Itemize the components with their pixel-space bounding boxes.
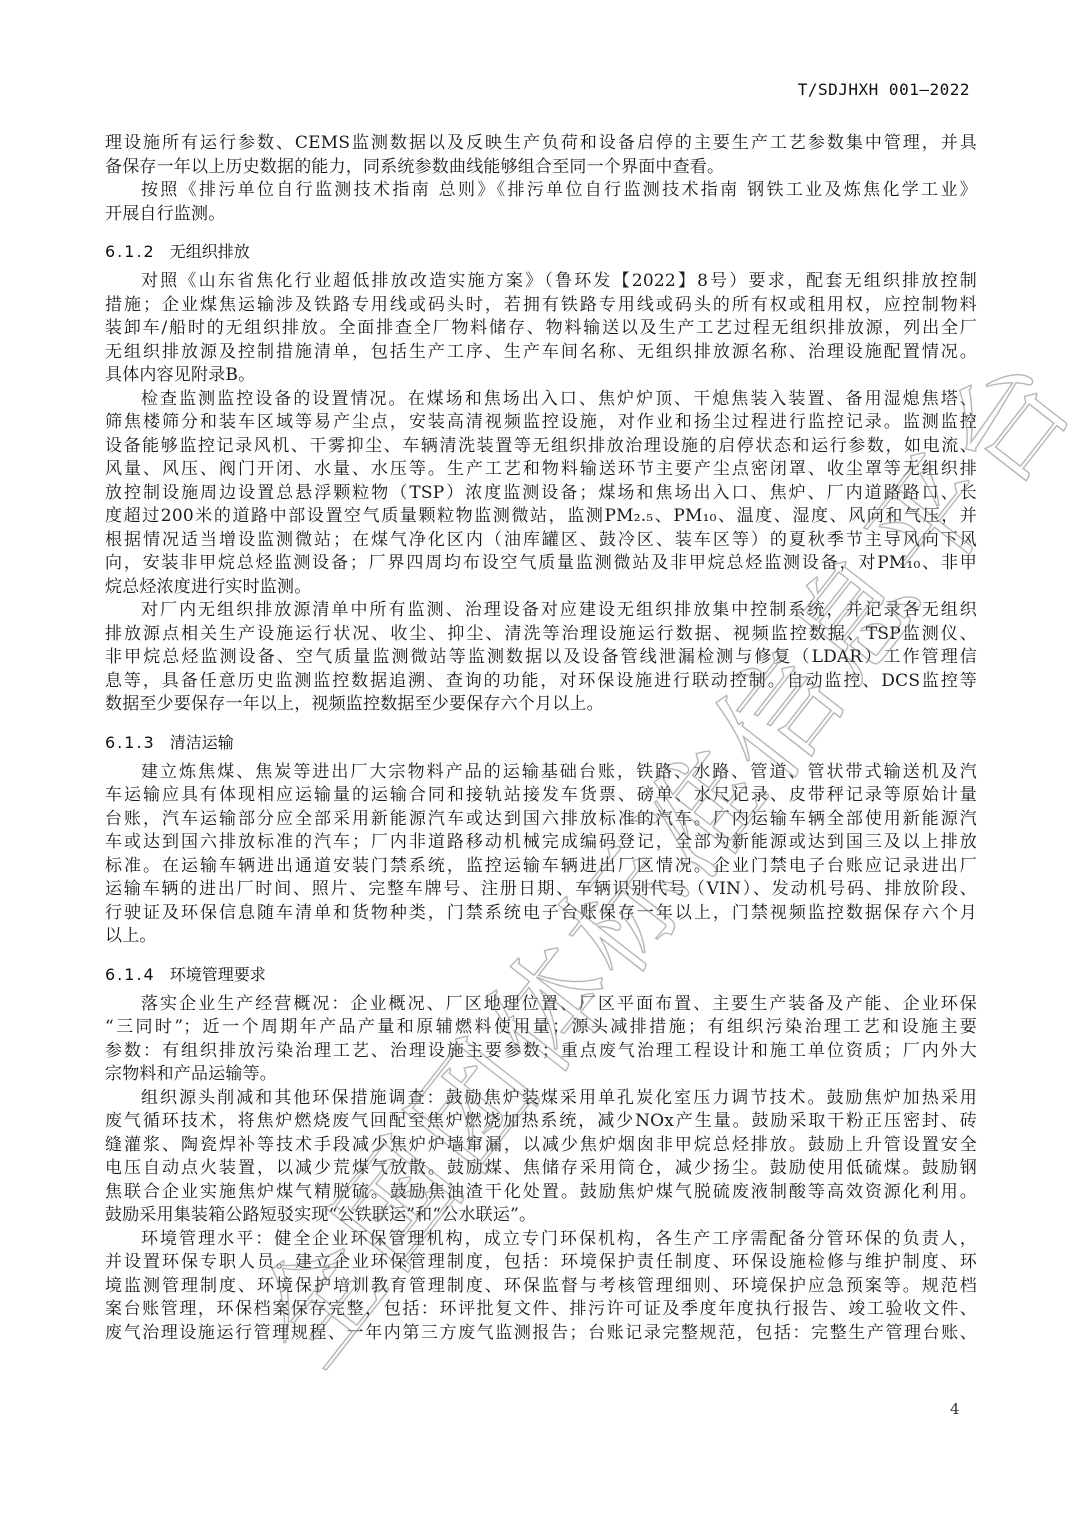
text-line: 根据情况适当增设监测微站；在煤气净化区内（油库罐区、鼓冷区、装车区等）的夏秋季节… <box>105 529 977 553</box>
text-line: 筛焦楼筛分和装车区域等易产尘点，安装高清视频监控设施，对作业和扬尘过程进行监控记… <box>105 411 977 435</box>
text-line: 环境管理水平：健全企业环保管理机构，成立专门环保机构，各生产工序需配备分管环保的… <box>105 1228 977 1252</box>
text-line: 具体内容见附录B。 <box>105 364 977 388</box>
section-title: 无组织排放 <box>170 242 250 261</box>
text-line: 备保存一年以上历史数据的能力，同系统参数曲线能够组合至同一个界面中查看。 <box>105 156 977 180</box>
document-body: 理设施所有运行参数、CEMS监测数据以及反映生产负荷和设备启停的主要生产工艺参数… <box>105 132 977 1345</box>
text-line: 鼓励采用集装箱公路短驳实现“公铁联运”和“公水联运”。 <box>105 1204 977 1228</box>
text-line: 无组织排放源及控制措施清单，包括生产工序、生产车间名称、无组织排放源名称、治理设… <box>105 341 977 365</box>
text-line: 开展自行监测。 <box>105 203 977 227</box>
paragraph: 组织源头削减和其他环保措施调查：鼓励焦炉装煤采用单孔炭化室压力调节技术。鼓励焦炉… <box>105 1087 977 1228</box>
section-number: 6.1.4 <box>105 965 156 984</box>
text-line: 烷总烃浓度进行实时监测。 <box>105 576 977 600</box>
paragraph: 对照《山东省焦化行业超低排放改造实施方案》（鲁环发【2022】8号）要求，配套无… <box>105 270 977 388</box>
text-line: 对厂内无组织排放源清单中所有监测、治理设备对应建设无组织排放集中控制系统，并记录… <box>105 599 977 623</box>
text-line: 运输车辆的进出厂时间、照片、完整车牌号、注册日期、车辆识别代号（VIN）、发动机… <box>105 878 977 902</box>
text-line: 台账，汽车运输部分应全部采用新能源汽车或达到国六排放标准的汽车。厂内运输车辆全部… <box>105 808 977 832</box>
section-heading: 6.1.2无组织排放 <box>105 238 977 266</box>
text-line: 焦联合企业实施焦炉煤气精脱硫。鼓励焦油渣干化处置。鼓励焦炉煤气脱硫废液制酸等高效… <box>105 1181 977 1205</box>
section-heading: 6.1.3清洁运输 <box>105 729 977 757</box>
paragraph: 落实企业生产经营概况：企业概况、厂区地理位置、厂区平面布置、主要生产装备及产能、… <box>105 993 977 1087</box>
text-line: 放控制设施周边设置总悬浮颗粒物（TSP）浓度监测设备；煤场和焦场出入口、焦炉、厂… <box>105 482 977 506</box>
text-line: 缝灌浆、陶瓷焊补等技术手段减少焦炉炉墙窜漏，以减少焦炉烟囱非甲烷总烃排放。鼓励上… <box>105 1134 977 1158</box>
text-line: 息等，具备任意历史监测监控数据追溯、查询的功能，对环保设施进行联动控制。自动监控… <box>105 670 977 694</box>
document-page: T/SDJHXH 001—2022 理设施所有运行参数、CEMS监测数据以及反映… <box>0 0 1080 1527</box>
text-line: “三同时”；近一个周期年产品产量和原辅燃料使用量；源头减排措施；有组织污染治理工… <box>105 1016 977 1040</box>
text-line: 落实企业生产经营概况：企业概况、厂区地理位置、厂区平面布置、主要生产装备及产能、… <box>105 993 977 1017</box>
text-line: 行驶证及环保信息随车清单和货物种类，门禁系统电子台账保存一年以上，门禁视频监控数… <box>105 902 977 926</box>
section-heading: 6.1.4环境管理要求 <box>105 961 977 989</box>
text-line: 案台账管理，环保档案保存完整，包括：环评批复文件、排污许可证及季度年度执行报告、… <box>105 1298 977 1322</box>
text-line: 排放源点相关生产设施运行状况、收尘、抑尘、清洗等治理设施运行数据、视频监控数据、… <box>105 623 977 647</box>
text-line: 以上。 <box>105 925 977 949</box>
text-line: 电压自动点火装置，以减少荒煤气放散。鼓励煤、焦储存采用筒仓，减少扬尘。鼓励使用低… <box>105 1157 977 1181</box>
text-line: 标准。在运输车辆进出通道安装门禁系统，监控运输车辆进出厂区情况。企业门禁电子台账… <box>105 855 977 879</box>
text-line: 建立炼焦煤、焦炭等进出厂大宗物料产品的运输基础台账，铁路、水路、管道、管状带式输… <box>105 761 977 785</box>
text-line: 废气治理设施运行管理规程、一年内第三方废气监测报告；台账记录完整规范，包括：完整… <box>105 1322 977 1346</box>
text-line: 风量、风压、阀门开闭、水量、水压等。生产工艺和物料输送环节主要产尘点密闭罩、收尘… <box>105 458 977 482</box>
paragraph: 对厂内无组织排放源清单中所有监测、治理设备对应建设无组织排放集中控制系统，并记录… <box>105 599 977 717</box>
paragraph: 建立炼焦煤、焦炭等进出厂大宗物料产品的运输基础台账，铁路、水路、管道、管状带式输… <box>105 761 977 949</box>
document-code-header: T/SDJHXH 001—2022 <box>798 80 970 99</box>
page-number: 4 <box>950 1400 960 1418</box>
paragraph: 理设施所有运行参数、CEMS监测数据以及反映生产负荷和设备启停的主要生产工艺参数… <box>105 132 977 179</box>
text-line: 组织源头削减和其他环保措施调查：鼓励焦炉装煤采用单孔炭化室压力调节技术。鼓励焦炉… <box>105 1087 977 1111</box>
text-line: 宗物料和产品运输等。 <box>105 1063 977 1087</box>
section-title: 环境管理要求 <box>170 965 266 984</box>
text-line: 境监测管理制度、环境保护培训教育管理制度、环保监督与考核管理细则、环境保护应急预… <box>105 1275 977 1299</box>
text-line: 非甲烷总烃监测设备、空气质量监测微站等监测数据以及设备管线泄漏检测与修复（LDA… <box>105 646 977 670</box>
text-line: 并设置环保专职人员。建立企业环保管理制度，包括：环境保护责任制度、环保设施检修与… <box>105 1251 977 1275</box>
text-line: 车或达到国六排放标准的汽车；厂内非道路移动机械完成编码登记，全部为新能源或达到国… <box>105 831 977 855</box>
text-line: 度超过200米的道路中部设置空气质量颗粒物监测微站，监测PM₂.₅、PM₁₀、温… <box>105 505 977 529</box>
section-number: 6.1.2 <box>105 242 156 261</box>
text-line: 对照《山东省焦化行业超低排放改造实施方案》（鲁环发【2022】8号）要求，配套无… <box>105 270 977 294</box>
text-line: 检查监测监控设备的设置情况。在煤场和焦场出入口、焦炉炉顶、干熄焦装入装置、备用湿… <box>105 388 977 412</box>
text-line: 措施；企业煤焦运输涉及铁路专用线或码头时，若拥有铁路专用线或码头的所有权或租用权… <box>105 294 977 318</box>
paragraph: 按照《排污单位自行监测技术指南 总则》《排污单位自行监测技术指南 钢铁工业及炼焦… <box>105 179 977 226</box>
text-line: 参数：有组织排放污染治理工艺、治理设施主要参数；重点废气治理工程设计和施工单位资… <box>105 1040 977 1064</box>
text-line: 按照《排污单位自行监测技术指南 总则》《排污单位自行监测技术指南 钢铁工业及炼焦… <box>105 179 977 203</box>
text-line: 车运输应具有体现相应运输量的运输合同和接轨站接发车货票、磅单、水尺记录、皮带秤记… <box>105 784 977 808</box>
text-line: 设备能够监控记录风机、干雾抑尘、车辆清洗装置等无组织排放治理设施的启停状态和运行… <box>105 435 977 459</box>
text-line: 向，安装非甲烷总烃监测设备；厂界四周均布设空气质量监测微站及非甲烷总烃监测设备，… <box>105 552 977 576</box>
text-line: 理设施所有运行参数、CEMS监测数据以及反映生产负荷和设备启停的主要生产工艺参数… <box>105 132 977 156</box>
section-title: 清洁运输 <box>170 733 234 752</box>
paragraph: 环境管理水平：健全企业环保管理机构，成立专门环保机构，各生产工序需配备分管环保的… <box>105 1228 977 1346</box>
text-line: 数据至少要保存一年以上，视频监控数据至少要保存六个月以上。 <box>105 693 977 717</box>
section-number: 6.1.3 <box>105 733 156 752</box>
text-line: 装卸车/船时的无组织排放。全面排查全厂物料储存、物料输送以及生产工艺过程无组织排… <box>105 317 977 341</box>
text-line: 废气循环技术，将焦炉燃烧废气回配至焦炉燃烧加热系统，减少NOx产生量。鼓励采取干… <box>105 1110 977 1134</box>
paragraph: 检查监测监控设备的设置情况。在煤场和焦场出入口、焦炉炉顶、干熄焦装入装置、备用湿… <box>105 388 977 600</box>
